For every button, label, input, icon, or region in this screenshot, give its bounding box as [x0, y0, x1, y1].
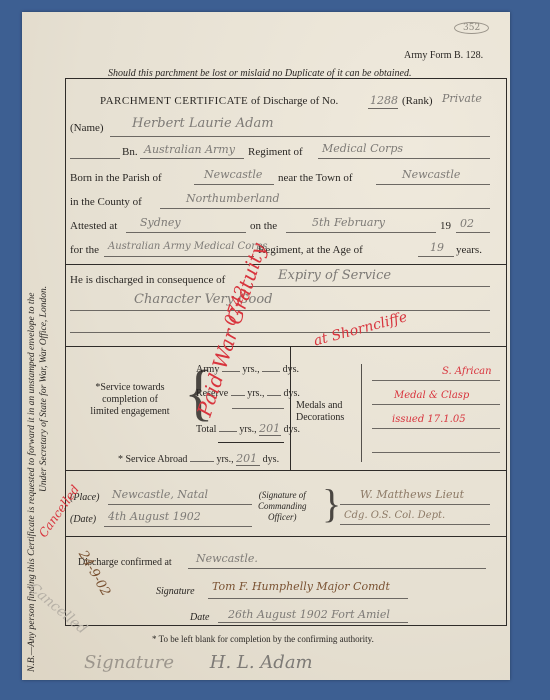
- discharge-date: 4th August 1902: [108, 510, 201, 523]
- medal-entry: issued 17.1.05: [392, 414, 466, 425]
- attested-date: 5th February: [312, 216, 385, 229]
- service-heading: *Service towards completion of limited e…: [78, 382, 182, 418]
- total-days: 201: [259, 422, 281, 436]
- confirming-signature: Tom F. Humphelly Major Comdt: [212, 580, 390, 593]
- co-unit: Cdg. O.S. Col. Dept.: [344, 510, 445, 521]
- attested-year: 02: [460, 217, 474, 230]
- service-number: 1288: [370, 94, 398, 107]
- page-number-stamp: 352: [454, 22, 489, 34]
- attested-age: 19: [430, 241, 444, 254]
- discharge-reason: Expiry of Service: [278, 268, 391, 283]
- confirmed-place: Newcastle.: [196, 552, 258, 565]
- medal-entry: S. African: [442, 366, 492, 377]
- discharge-certificate: 352 Army Form B. 128. Should this parchm…: [22, 12, 510, 680]
- birth-parish: Newcastle: [204, 168, 262, 181]
- service-abroad: * Service Abroad yrs., 201 dys.: [118, 452, 279, 466]
- rank: Private: [442, 92, 482, 105]
- regiment: Medical Corps: [322, 142, 403, 155]
- footer-note: * To be left blank for completion by the…: [152, 634, 374, 644]
- side-note: N.B.—Any person finding this Certificate…: [26, 286, 50, 672]
- main-frame: [65, 78, 507, 626]
- confirmed-date: 26th August 1902 Fort Amiel: [228, 608, 390, 621]
- co-signature-label: (Signature of Commanding Officer): [258, 490, 307, 523]
- co-signature: W. Matthews Lieut: [360, 488, 464, 501]
- medals-label: Medals and Decorations: [296, 400, 344, 424]
- certificate-header: PARCHMENT CERTIFICATE of Discharge of No…: [100, 95, 338, 107]
- birth-town: Newcastle: [402, 168, 460, 181]
- soldier-name: Herbert Laurie Adam: [132, 116, 274, 131]
- battalion: Australian Army: [144, 143, 235, 156]
- form-id: Army Form B. 128.: [404, 50, 483, 61]
- certificate-title: PARCHMENT CERTIFICATE: [100, 95, 248, 107]
- medal-entry: Medal & Clasp: [394, 390, 469, 401]
- birth-county: Northumberland: [186, 192, 280, 205]
- total-service: Total yrs., 201 dys.: [196, 422, 300, 436]
- discharge-place: Newcastle, Natal: [112, 488, 208, 501]
- soldier-signature: Signature H. L. Adam: [84, 652, 313, 673]
- abroad-days: 201: [236, 452, 260, 466]
- attested-place: Sydney: [140, 216, 181, 229]
